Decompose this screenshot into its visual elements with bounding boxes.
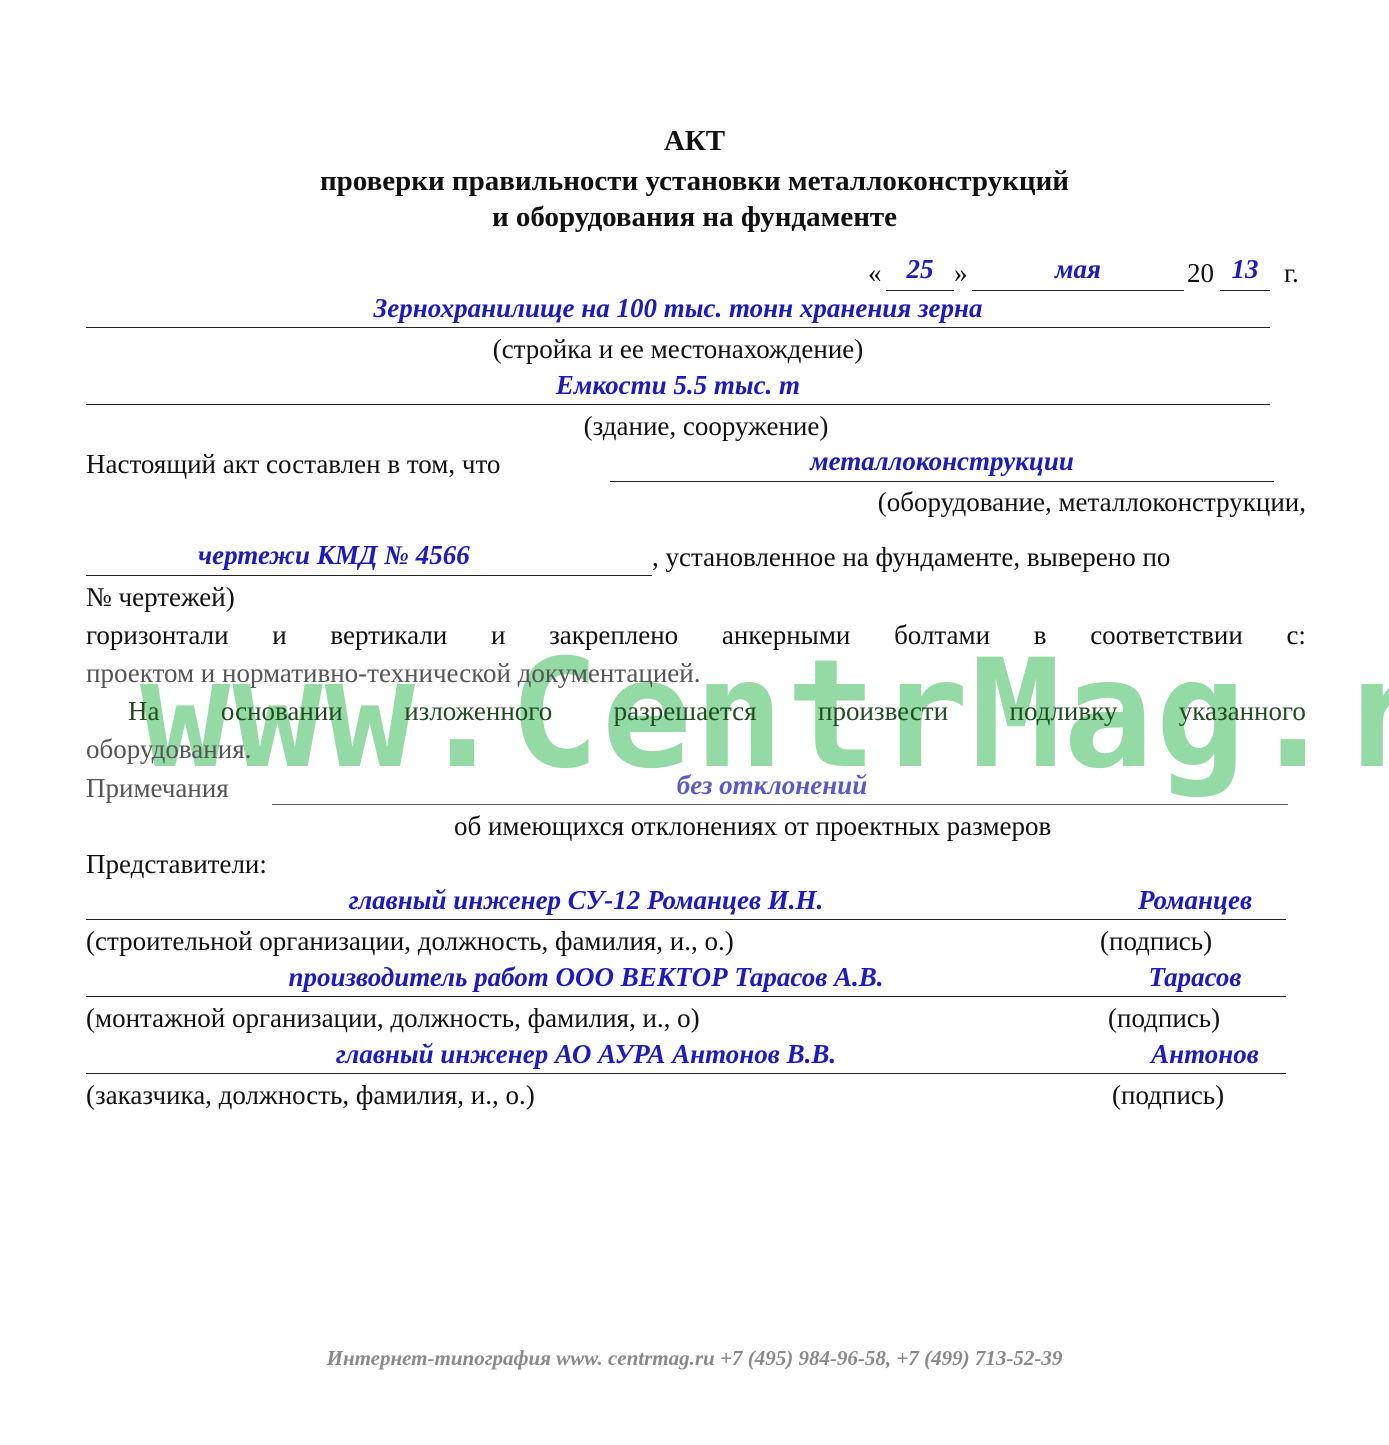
notes-value[interactable]: без отклонений bbox=[272, 770, 1272, 801]
representative-value[interactable]: главный инженер АО АУРА Антонов В.В. bbox=[86, 1039, 1086, 1070]
permission-line2: оборудования. bbox=[86, 734, 251, 765]
signature-caption: (подпись) bbox=[1108, 1003, 1220, 1034]
statement-drawings-value[interactable]: чертежи КМД № 4566 bbox=[198, 540, 470, 571]
footer-contact: Интернет-типография www. centrmag.ru +7 … bbox=[0, 1346, 1389, 1371]
word: в bbox=[1034, 620, 1047, 651]
date-year-unit: г. bbox=[1284, 258, 1299, 289]
date-day[interactable]: 25 bbox=[886, 254, 954, 285]
word: указанного bbox=[1179, 696, 1306, 727]
notes-label: Примечания bbox=[86, 773, 229, 804]
word: основании bbox=[221, 696, 343, 727]
word: и bbox=[491, 620, 505, 651]
document-subtitle-line2: и оборудования на фундаменте bbox=[0, 201, 1389, 234]
statement-subject-value[interactable]: металлоконструкции bbox=[610, 446, 1274, 477]
representative-value[interactable]: производитель работ ООО ВЕКТОР Тарасов А… bbox=[86, 962, 1086, 993]
date-month[interactable]: мая bbox=[972, 254, 1184, 285]
signature-caption: (подпись) bbox=[1112, 1080, 1224, 1111]
word: разрешается bbox=[614, 696, 757, 727]
statement-body-line1: горизонталиивертикалиизакрепленоанкерным… bbox=[86, 620, 1306, 651]
representative-caption: (заказчика, должность, фамилия, и., о.) bbox=[86, 1080, 535, 1111]
statement-body-line2: проектом и нормативно-технической докуме… bbox=[86, 658, 700, 689]
date-open-quote: « bbox=[868, 258, 882, 289]
word: вертикали bbox=[330, 620, 447, 651]
document-title: АКТ bbox=[0, 125, 1389, 158]
statement-prefix: Настоящий акт составлен в том, что bbox=[86, 449, 500, 480]
date-close-quote: » bbox=[954, 258, 968, 289]
signature-caption: (подпись) bbox=[1100, 926, 1212, 957]
construction-site-caption: (стройка и ее местонахождение) bbox=[86, 334, 1270, 365]
building-caption: (здание, сооружение) bbox=[86, 411, 1326, 442]
representatives-label: Представители: bbox=[86, 849, 267, 880]
word: произвести bbox=[818, 696, 948, 727]
representative-signature[interactable]: Антонов bbox=[1110, 1039, 1300, 1070]
date-year-suffix[interactable]: 13 bbox=[1220, 254, 1270, 285]
statement-drawings-suffix: , установленное на фундаменте, выверено … bbox=[652, 542, 1170, 573]
word: горизонтали bbox=[86, 620, 229, 651]
word: с: bbox=[1286, 620, 1306, 651]
building-value[interactable]: Емкости 5.5 тыс. т bbox=[86, 370, 1270, 401]
representative-caption: (монтажной организации, должность, фамил… bbox=[86, 1003, 700, 1034]
document-subtitle-line1: проверки правильности установки металлок… bbox=[0, 165, 1389, 198]
statement-subject-caption: (оборудование, металлоконструкции, bbox=[878, 487, 1306, 518]
word: и bbox=[272, 620, 286, 651]
permission-line1: Наоснованииизложенногоразрешаетсяпроизве… bbox=[128, 696, 1306, 727]
word: изложенного bbox=[404, 696, 552, 727]
building-line bbox=[86, 404, 1270, 405]
word: соответствии bbox=[1090, 620, 1243, 651]
word: закреплено bbox=[549, 620, 678, 651]
representative-signature[interactable]: Романцев bbox=[1100, 885, 1290, 916]
statement-drawings-caption: № чертежей) bbox=[86, 582, 235, 613]
word: подливку bbox=[1010, 696, 1118, 727]
date-year-prefix: 20 bbox=[1187, 258, 1214, 289]
word: На bbox=[128, 696, 159, 727]
word: анкерными bbox=[722, 620, 851, 651]
construction-site-line bbox=[86, 327, 1270, 328]
representative-caption: (строительной организации, должность, фа… bbox=[86, 926, 734, 957]
representative-value[interactable]: главный инженер СУ-12 Романцев И.Н. bbox=[86, 885, 1086, 916]
notes-caption: об имеющихся отклонениях от проектных ра… bbox=[454, 811, 1051, 842]
word: болтами bbox=[894, 620, 990, 651]
representative-signature[interactable]: Тарасов bbox=[1100, 962, 1290, 993]
construction-site-value[interactable]: Зернохранилище на 100 тыс. тонн хранения… bbox=[86, 293, 1270, 324]
